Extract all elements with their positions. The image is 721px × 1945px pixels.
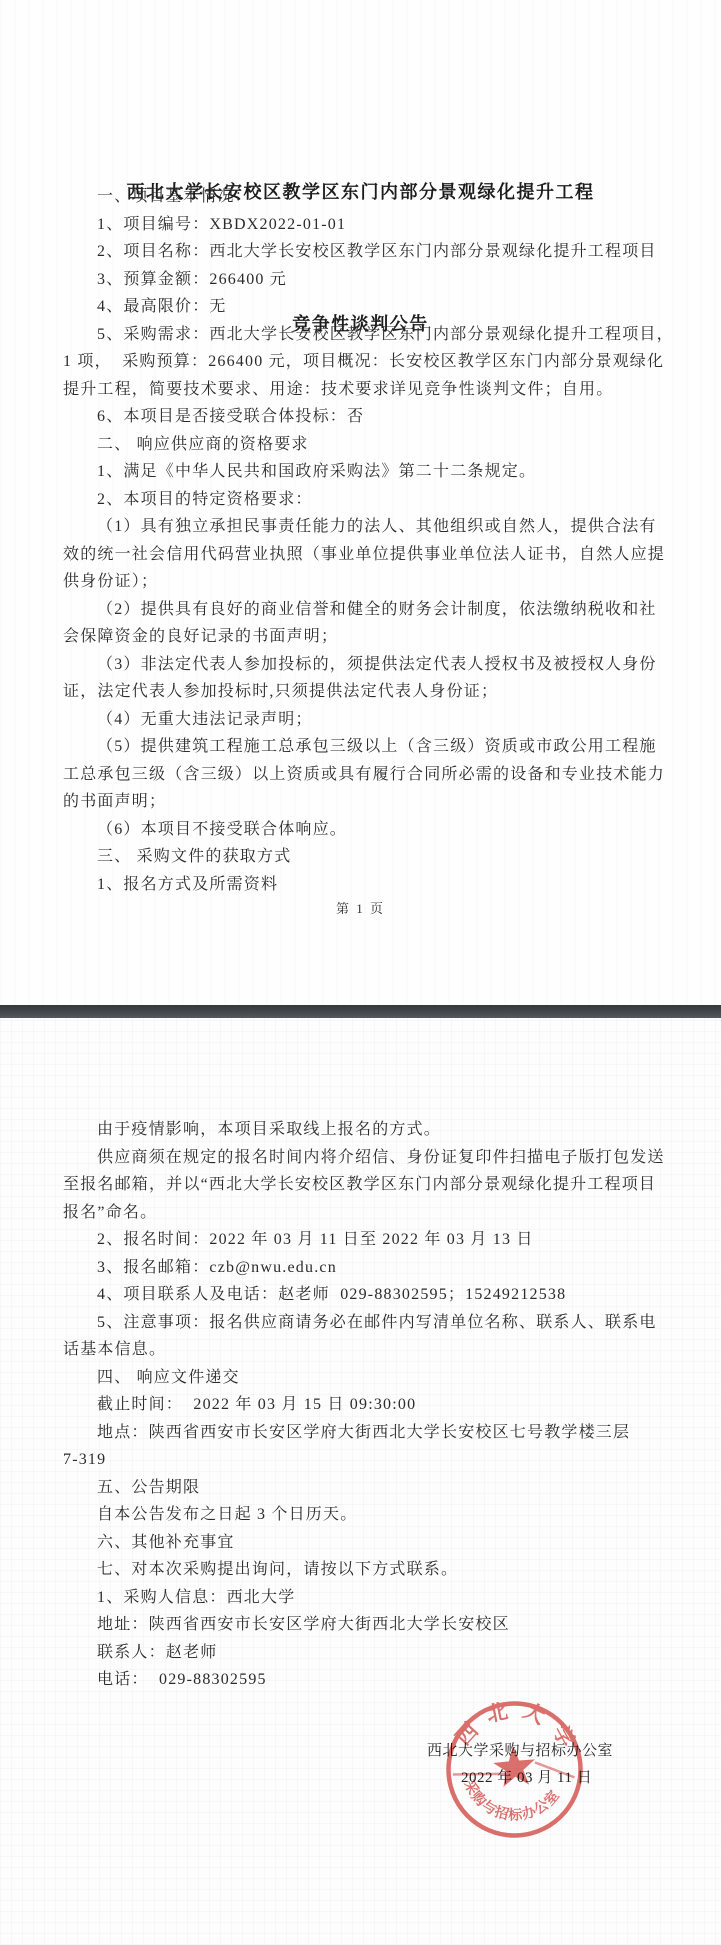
document-line: 地点：陕西省西安市长安区学府大街西北大学长安校区七号教学楼三层 [63, 1419, 661, 1447]
seal-smear-line-right [534, 1762, 576, 1777]
document-line: 二、 响应供应商的资格要求 [63, 431, 661, 459]
document-line: 由于疫情影响，本项目采取线上报名的方式。 [63, 1116, 661, 1144]
document-line: 证，法定代表人参加投标时,只须提供法定代表人身份证； [63, 678, 661, 706]
document-line: 2、报名时间：2022 年 03 月 11 日至 2022 年 03 月 13 … [63, 1226, 661, 1254]
document-line: （4）无重大违法记录声明； [63, 706, 661, 734]
document-line: 供应商须在规定的报名时间内将介绍信、身份证复印件扫描电子版打包发送 [63, 1144, 661, 1172]
document-line: 4、最高限价：无 [63, 293, 661, 321]
document-line: 1、报名方式及所需资料 [63, 871, 661, 899]
document-line: 联系人：赵老师 [63, 1639, 661, 1667]
page1-body-text: 一、项目基本情况：1、项目编号：XBDX2022-01-012、项目名称：西北大… [63, 183, 661, 898]
document-line: 会保障资金的良好记录的书面声明； [63, 623, 661, 651]
document-line: 效的统一社会信用代码营业执照（事业单位提供事业单位法人证书，自然人应提 [63, 541, 661, 569]
official-seal-stamp: 西北大学 采购与招标办公室 [434, 1689, 596, 1851]
document-line: 3、报名邮箱：czb@nwu.edu.cn [63, 1254, 661, 1282]
page-1: 西北大学长安校区教学区东门内部分景观绿化提升工程 竞争性谈判公告 一、项目基本情… [0, 0, 721, 1005]
document-line: 1、采购人信息：西北大学 [63, 1584, 661, 1612]
document-line: 4、项目联系人及电话：赵老师 029-88302595；15249212538 [63, 1281, 661, 1309]
document-line: 7-319 [63, 1446, 661, 1474]
document-line: 3、预算金额：266400 元 [63, 266, 661, 294]
document-line: 截止时间： 2022 年 03 月 15 日 09:30:00 [63, 1391, 661, 1419]
document-line: 2、项目名称：西北大学长安校区教学区东门内部分景观绿化提升工程项目 [63, 238, 661, 266]
document-line: 的书面声明； [63, 788, 661, 816]
document-line: （1）具有独立承担民事责任能力的法人、其他组织或自然人，提供合法有 [63, 513, 661, 541]
document-line: 地址：陕西省西安市长安区学府大街西北大学长安校区 [63, 1611, 661, 1639]
page1-footer-page-number: 第 1 页 [0, 898, 721, 925]
document-line: 三、 采购文件的获取方式 [63, 843, 661, 871]
document-line: 六、其他补充事宜 [63, 1529, 661, 1557]
document-line: 一、项目基本情况： [63, 183, 661, 211]
document-line: 至报名邮箱，并以“西北大学长安校区教学区东门内部分景观绿化提升工程项目 [63, 1171, 661, 1199]
document-line: 工总承包三级（含三级）以上资质或具有履行合同所必需的设备和专业技术能力 [63, 761, 661, 789]
document-line: （2）提供具有良好的商业信誉和健全的财务会计制度，依法缴纳税收和社 [63, 596, 661, 624]
document-line: 电话： 029-88302595 [63, 1666, 661, 1694]
document-line: 1、项目编号：XBDX2022-01-01 [63, 211, 661, 239]
document-line: （5）提供建筑工程施工总承包三级以上（含三级）资质或市政公用工程施 [63, 733, 661, 761]
document-line: 自本公告发布之日起 3 个日历天。 [63, 1501, 661, 1529]
document-line: 七、对本次采购提出询问，请按以下方式联系。 [63, 1556, 661, 1584]
seal-star-icon [492, 1744, 537, 1787]
document-line: 6、本项目是否接受联合体投标：否 [63, 403, 661, 431]
document-line: 1 项， 采购预算：266400 元，项目概况：长安校区教学区东门内部分景观绿化 [63, 348, 661, 376]
document-line: 1、满足《中华人民共和国政府采购法》第二十二条规定。 [63, 458, 661, 486]
page-separator-band [0, 1005, 721, 1018]
document-line: 5、注意事项：报名供应商请务必在邮件内写清单位名称、联系人、联系电 [63, 1309, 661, 1337]
document-line: 供身份证）； [63, 568, 661, 596]
page2-body-text: 由于疫情影响，本项目采取线上报名的方式。供应商须在规定的报名时间内将介绍信、身份… [63, 1116, 661, 1694]
document-line: （6）本项目不接受联合体响应。 [63, 816, 661, 844]
document-line: 报名”命名。 [63, 1199, 661, 1227]
document-line: 四、 响应文件递交 [63, 1364, 661, 1392]
scanned-document: 西北大学长安校区教学区东门内部分景观绿化提升工程 竞争性谈判公告 一、项目基本情… [0, 0, 721, 1945]
document-line: （3）非法定代表人参加投标的，须提供法定代表人授权书及被授权人身份 [63, 651, 661, 679]
document-line: 2、本项目的特定资格要求： [63, 486, 661, 514]
document-line: 提升工程，简要技术要求、用途：技术要求详见竞争性谈判文件；自用。 [63, 376, 661, 404]
document-line: 话基本信息。 [63, 1336, 661, 1364]
document-line: 5、采购需求：西北大学长安校区教学区东门内部分景观绿化提升工程项目， [63, 321, 661, 349]
document-line: 五、公告期限 [63, 1474, 661, 1502]
